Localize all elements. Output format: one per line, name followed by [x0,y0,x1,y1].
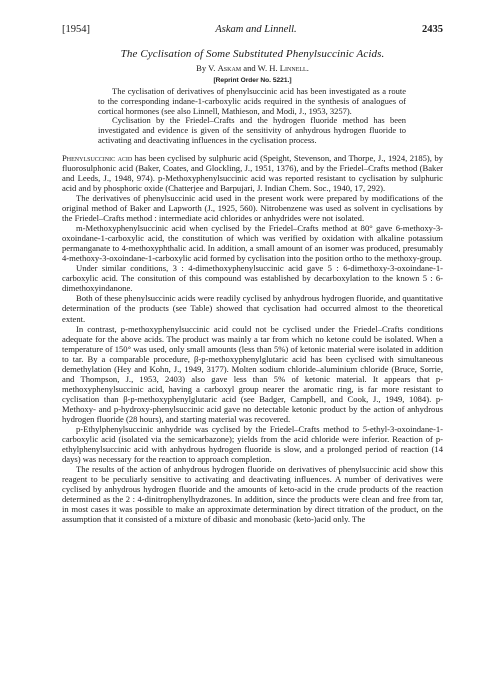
body-paragraph: Phenylsuccinic acid has been cyclised by… [62,153,443,193]
abstract-paragraph: The cyclisation of derivatives of phenyl… [98,87,406,116]
abstract-paragraph: Cyclisation by the Friedel–Crafts and th… [98,116,406,145]
byline-mid: and W. H. [241,63,280,73]
byline-suffix: . [307,63,309,73]
body-paragraph: Both of these phenylsuccinic acids were … [62,293,443,323]
author-linnell: Linnell [280,63,307,73]
body-paragraph: The derivatives of phenylsuccinic acid u… [62,193,443,223]
running-authors: Askam and Linnell. [215,24,296,35]
body-paragraph: p-Ethylphenylsuccinic anhydride was cycl… [62,424,443,464]
article-title: The Cyclisation of Some Substituted Phen… [62,48,443,60]
page-number: 2435 [422,24,443,35]
running-head: [1954] Askam and Linnell. 2435 [62,24,443,40]
reprint-order: [Reprint Order No. 5221.] [62,77,443,84]
body-paragraph: In contrast, p-methoxyphenylsuccinic aci… [62,324,443,424]
lead-in: Phenylsuccinic acid [62,153,132,163]
body-paragraph: m-Methoxyphenylsuccinic acid when cyclis… [62,223,443,263]
byline-prefix: By V. [196,63,217,73]
body-paragraph: The results of the action of anhydrous h… [62,464,443,524]
body-paragraph: Under similar conditions, 3 : 4-dimethox… [62,263,443,293]
article-body: Phenylsuccinic acid has been cyclised by… [62,153,443,525]
author-askam: Askam [218,63,242,73]
journal-page: [1954] Askam and Linnell. 2435 The Cycli… [62,24,443,525]
journal-year: [1954] [62,24,90,35]
abstract: The cyclisation of derivatives of phenyl… [98,87,406,146]
byline: By V. Askam and W. H. Linnell. [62,63,443,73]
